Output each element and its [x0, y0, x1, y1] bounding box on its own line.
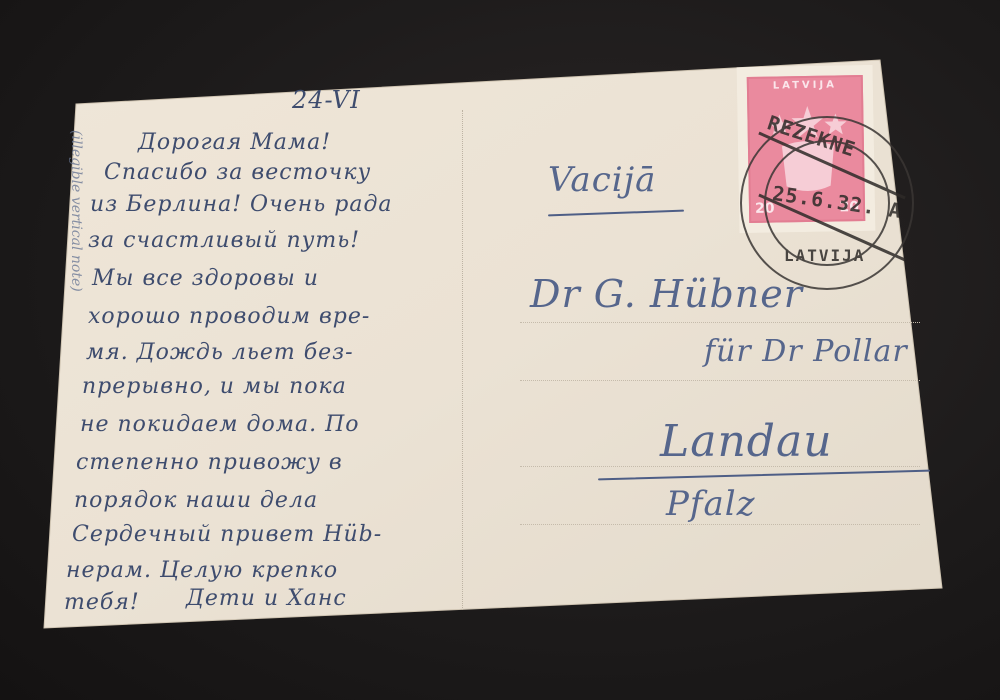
- address-guide-line: [520, 524, 920, 525]
- address-city: Landau: [660, 416, 833, 467]
- message-line: Спасибо за весточку: [104, 160, 371, 185]
- message-line: нерам. Целую крепко: [66, 558, 338, 583]
- postmark-country: LATVIJA: [784, 246, 865, 265]
- message-date: 24-VI: [292, 86, 361, 114]
- message-line: степенно привожу в: [76, 450, 343, 475]
- message-line: мя. Дождь льет без-: [86, 340, 354, 365]
- postmark: REZEKNE 25.6.32. A LATVIJA: [740, 116, 914, 290]
- message-line: тебя!: [64, 590, 140, 615]
- card-center-divider: [462, 110, 463, 610]
- message-line: из Берлина! Очень рада: [90, 192, 393, 217]
- address-care-of: für Dr Pollar: [704, 334, 908, 369]
- postcard: 24-VI Дорогая Мама! Спасибо за весточку …: [0, 0, 1000, 700]
- message-signature: Дети и Ханс: [186, 586, 347, 611]
- address-guide-line: [520, 380, 920, 381]
- address-region: Pfalz: [666, 484, 756, 524]
- message-line: прерывно, и мы пока: [82, 374, 347, 399]
- message-line: порядок наши дела: [74, 488, 318, 513]
- postmark-suffix: A: [887, 197, 903, 223]
- message-line: Сердечный привет Hüb-: [72, 522, 382, 547]
- address-guide-line: [520, 322, 920, 323]
- message-line: хорошо проводим вре-: [88, 304, 370, 329]
- message-line: не покидаем дома. По: [80, 412, 360, 437]
- margin-note: (illegible vertical note): [68, 130, 84, 292]
- message-line: за счастливый путь!: [88, 228, 360, 253]
- address-country: Vacijā: [548, 160, 656, 200]
- message-line: Дорогая Мама!: [138, 130, 331, 155]
- stamp-country: LATVIJA: [749, 79, 861, 92]
- message-line: Мы все здоровы и: [92, 266, 319, 291]
- address-recipient: Dr G. Hübner: [530, 272, 803, 316]
